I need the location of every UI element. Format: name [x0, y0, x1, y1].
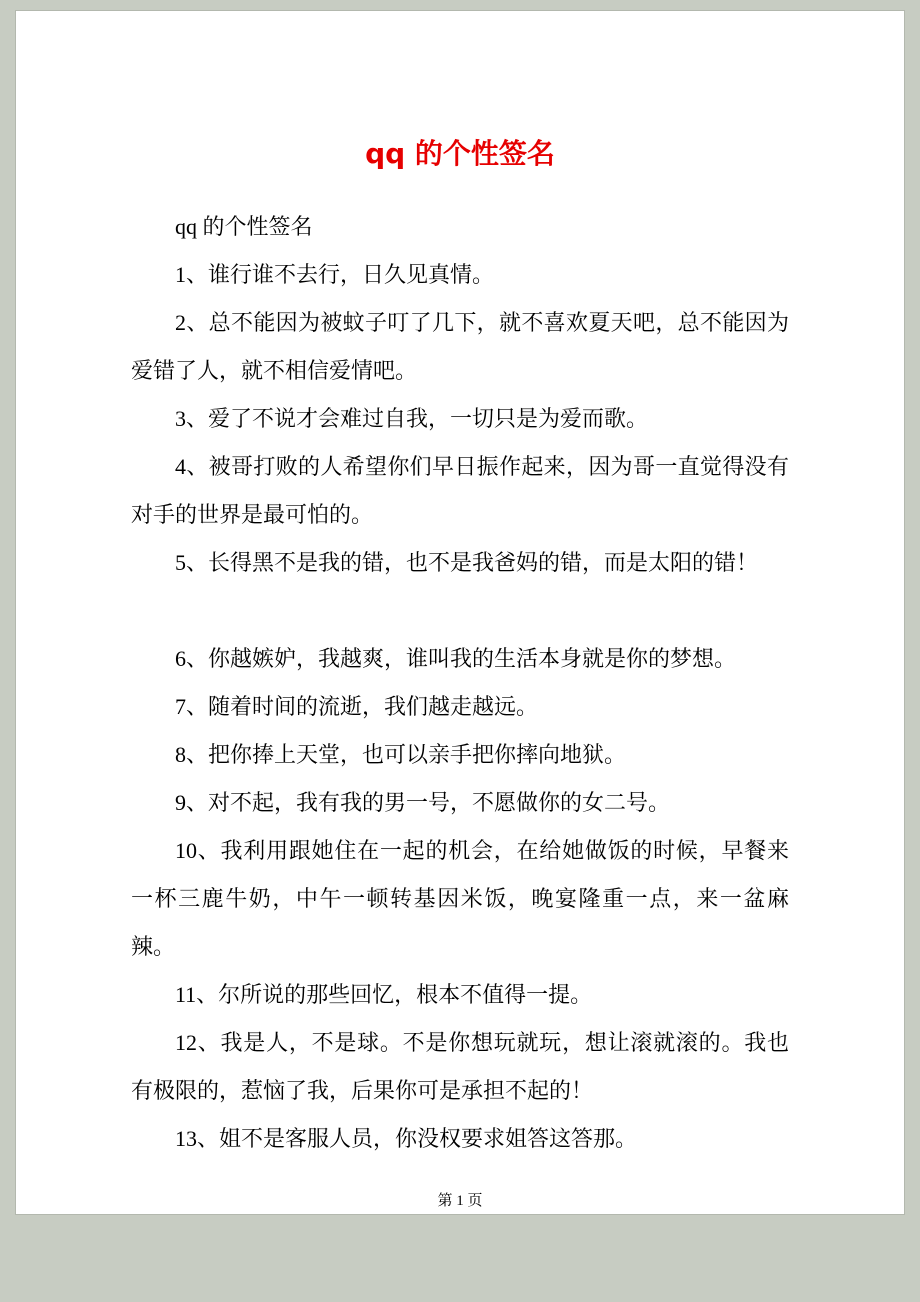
- page-number: 第 1 页: [437, 1193, 482, 1209]
- paragraph: 8、把你捧上天堂，也可以亲手把你摔向地狱。: [131, 731, 789, 779]
- document-viewer: { "document": { "title": "qq 的个性签名", "pa…: [0, 0, 920, 1302]
- paragraph: 6、你越嫉妒，我越爽，谁叫我的生活本身就是你的梦想。: [131, 635, 789, 683]
- paragraph: 13、姐不是客服人员，你没权要求姐答这答那。: [131, 1115, 789, 1163]
- paragraph: 3、爱了不说才会难过自我，一切只是为爱而歌。: [131, 395, 789, 443]
- paragraph: 4、被哥打败的人希望你们早日振作起来，因为哥一直觉得没有对手的世界是最可怕的。: [131, 443, 789, 539]
- paragraph: 2、总不能因为被蚊子叮了几下，就不喜欢夏天吧，总不能因为爱错了人，就不相信爱情吧…: [131, 299, 789, 395]
- paragraph: 9、对不起，我有我的男一号，不愿做你的女二号。: [131, 779, 789, 827]
- paragraph: [131, 587, 789, 635]
- document-page: qq 的个性签名 qq 的个性签名1、谁行谁不去行，日久见真情。2、总不能因为被…: [15, 10, 905, 1215]
- paragraph: 7、随着时间的流逝，我们越走越远。: [131, 683, 789, 731]
- page-title: qq 的个性签名: [131, 135, 789, 173]
- paragraph: 12、我是人，不是球。不是你想玩就玩，想让滚就滚的。我也有极限的，惹恼了我，后果…: [131, 1019, 789, 1115]
- page-footer: 第 1 页: [16, 1189, 904, 1210]
- paragraph: 11、尔所说的那些回忆，根本不值得一提。: [131, 971, 789, 1019]
- document-body: qq 的个性签名1、谁行谁不去行，日久见真情。2、总不能因为被蚊子叮了几下，就不…: [131, 203, 789, 1163]
- paragraph: 5、长得黑不是我的错，也不是我爸妈的错，而是太阳的错！: [131, 539, 789, 587]
- paragraph: 1、谁行谁不去行，日久见真情。: [131, 251, 789, 299]
- paragraph: 10、我利用跟她住在一起的机会，在给她做饭的时候，早餐来一杯三鹿牛奶，中午一顿转…: [131, 827, 789, 971]
- paragraph: qq 的个性签名: [131, 203, 789, 251]
